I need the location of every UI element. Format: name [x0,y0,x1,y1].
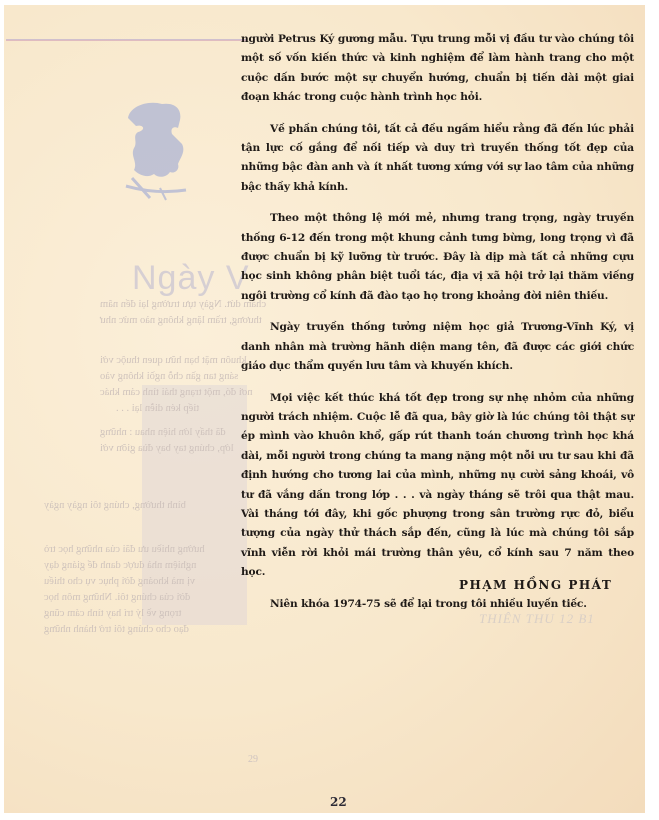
bleed-through-line: đời của chúng tôi. Những môn học [44,590,190,605]
paragraph: Mọi việc kết thúc khá tốt đẹp trong sự n… [241,389,634,583]
bleed-through-line: hướng nhiều ưu đãi của những học trò [44,542,205,557]
paragraph: Niên khóa 1974-75 sẽ để lại trong tôi nh… [241,595,634,614]
author-signature: PHẠM HỒNG PHÁT [459,578,612,592]
bleed-through-line: nơi đó, một trạng thái tình cảm khác [100,385,253,400]
scanned-page: Ngày V chấm dứt. Ngày tựu trường lại đến… [4,5,645,813]
portrait-sketch-icon [120,98,200,208]
bleed-through-line: bình thường, chúng tôi ngày ngày [44,498,186,513]
bleed-through-line: đạo cho chúng tôi trở thành những [44,622,189,637]
page-number: 22 [330,795,347,809]
paragraph: Về phần chúng tôi, tất cả đều ngầm hiểu … [241,120,634,198]
bleed-through-line: khuôn mặt bạn hữu quen thuộc với [100,353,247,368]
article-body: người Petrus Ký gương mẫu. Tựu trung mỗi… [241,30,634,614]
bleed-through-line: đã thấy lớn hiện nhau : những [100,425,226,440]
bleed-through-line: lớp, chúng tay bay đùa giỡn với [100,441,234,456]
margin-rule [6,39,246,41]
paragraph: Theo một thông lệ mới mẻ, nhưng trang tr… [241,209,634,306]
bleed-through-page-number: 29 [248,754,258,765]
bleed-through-line: vị mà khoảng đời phục vụ cho thiếu [44,574,195,589]
bleed-through-title: Ngày V [132,259,250,298]
bleed-through-line: tiếp kẻn diễn lại . . . [116,401,199,416]
bleed-through-line: trọng về lý trí hay tình cảm cũng [44,606,181,621]
bleed-through-line: sáng tan gần chỗ ngồi không vào [100,369,238,384]
paragraph: người Petrus Ký gương mẫu. Tựu trung mỗi… [241,30,634,108]
bleed-through-line: nghiệm nhà được danh để giảng dạy [44,558,196,573]
paragraph: Ngày truyền thống tưởng niệm học giả Trư… [241,318,634,376]
bleed-through-line: thương, trầm lặng không nào mức như [100,313,262,328]
